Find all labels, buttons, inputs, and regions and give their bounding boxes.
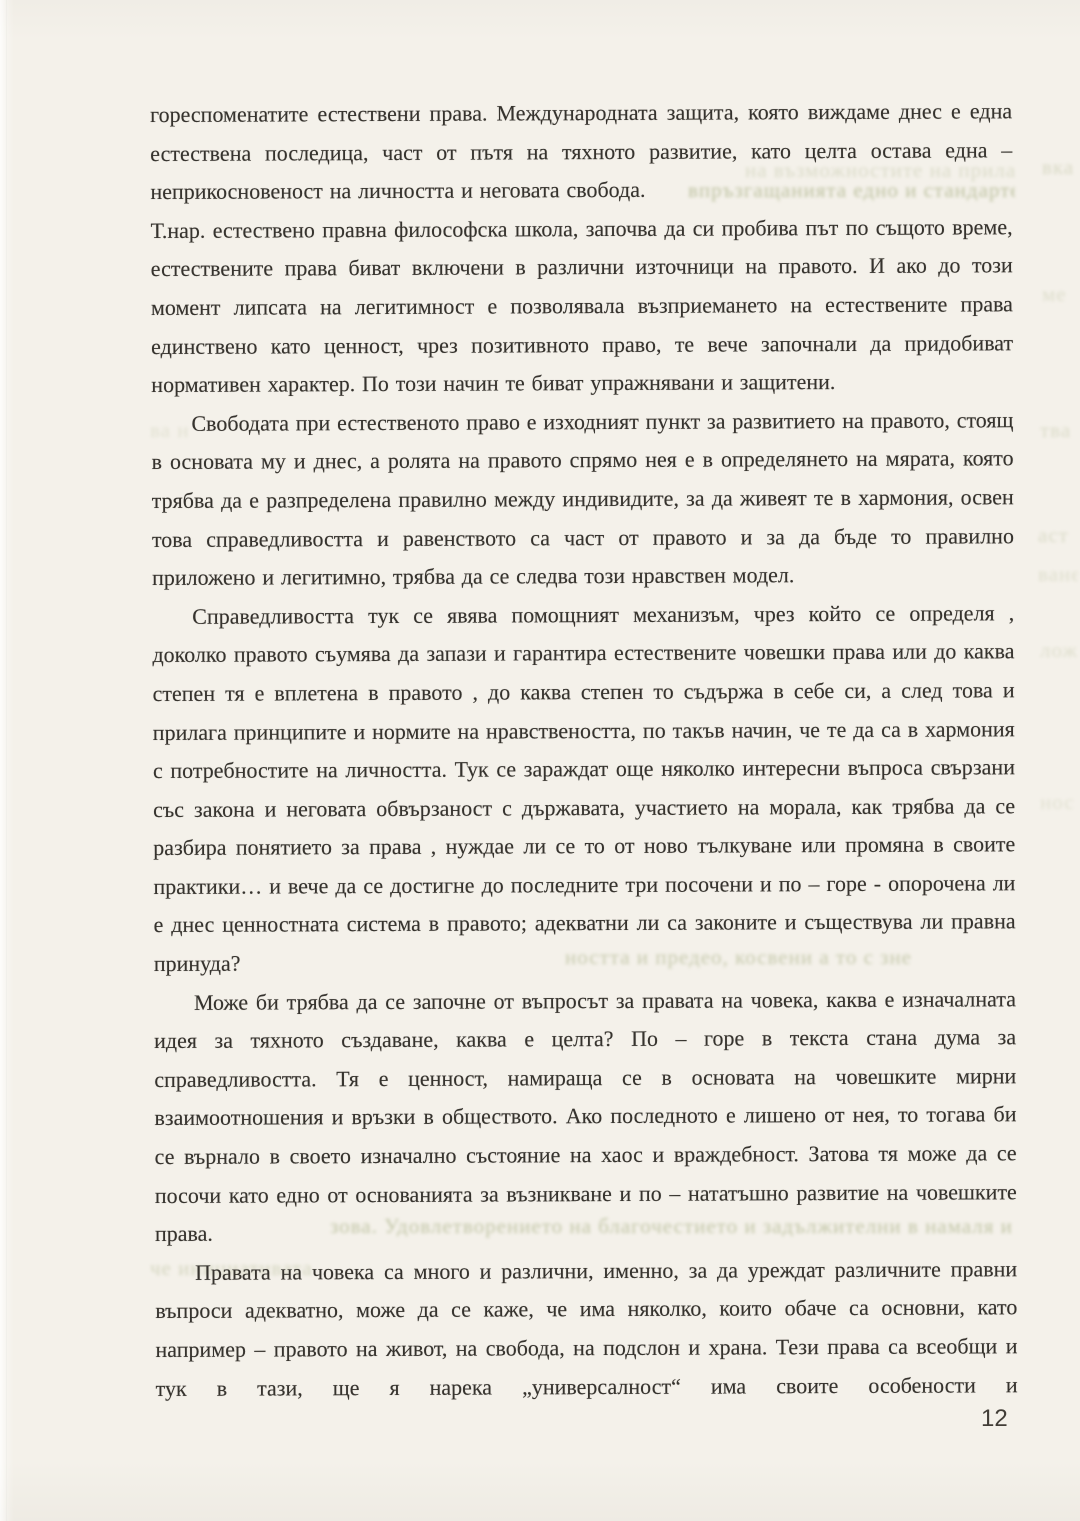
bleed-through-artifact: ме <box>1042 282 1078 307</box>
paragraph: Може би трябва да се започне от въпросът… <box>154 980 1017 1254</box>
paragraph: Свободата при естественото право е изход… <box>151 401 1014 598</box>
paragraph: Справедливостта тук се явява помощният м… <box>152 594 1016 984</box>
scanned-document-page: на възможностите на прилагането впръзгащ… <box>0 0 1080 1521</box>
bleed-through-artifact: аст <box>1038 523 1078 548</box>
bleed-through-artifact: тва <box>1040 418 1078 443</box>
bleed-through-artifact: нос <box>1040 790 1078 815</box>
paragraph: Правата на човека са много и различни, и… <box>155 1250 1018 1408</box>
bleed-through-artifact: ване <box>1038 562 1078 587</box>
document-body: гореспоменатите естествени права. Междун… <box>150 92 1018 1408</box>
bleed-through-artifact: лож <box>1040 638 1078 663</box>
page-scan-edge <box>0 0 7 1521</box>
page-number: 12 <box>981 1405 1008 1433</box>
paragraph: гореспоменатите естествени права. Междун… <box>150 92 1012 212</box>
paragraph: Т.нар. естествено правна философска школ… <box>151 208 1014 405</box>
bleed-through-artifact: вка <box>1042 155 1078 180</box>
